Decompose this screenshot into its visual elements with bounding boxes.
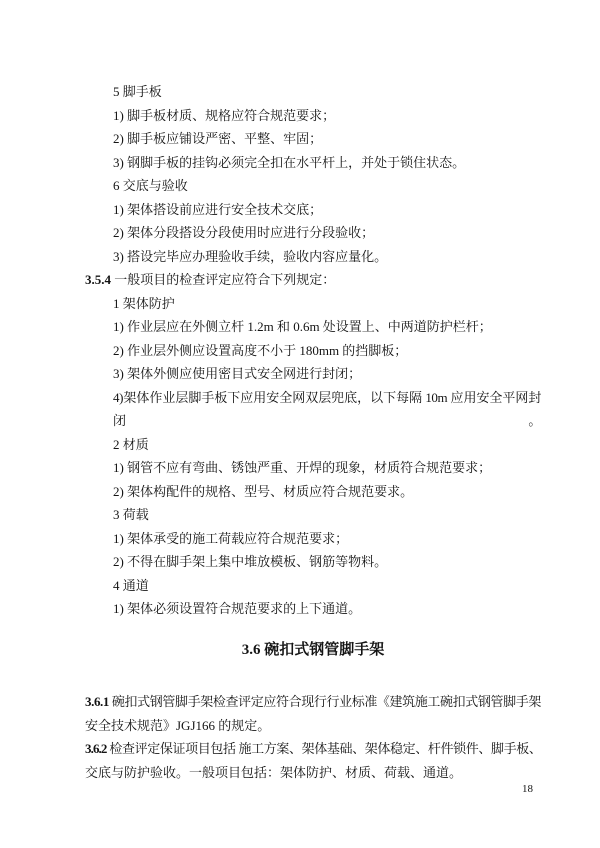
section-title: 3.6 碗扣式钢管脚手架 <box>85 639 541 663</box>
item-heading: 5 脚手板 <box>85 80 541 104</box>
clause-paragraph: 3.5.4 一般项目的检查评定应符合下列规定： <box>85 268 541 292</box>
list-item: 2) 不得在脚手架上集中堆放模板、钢筋等物料。 <box>85 550 541 574</box>
item-heading: 2 材质 <box>85 433 541 457</box>
item-heading: 3 荷载 <box>85 503 541 527</box>
clause-paragraph: 3.6.2 检查评定保证项目包括 施工方案、架体基础、架体稳定、杆件锁件、脚手板… <box>85 737 541 761</box>
item-heading: 1 架体防护 <box>85 292 541 316</box>
page-body: 5 脚手板 1) 脚手板材质、规格应符合规范要求； 2) 脚手板应铺设严密、平整… <box>85 80 541 784</box>
list-item: 2) 脚手板应铺设严密、平整、牢固； <box>85 127 541 151</box>
clause-paragraph-continuation: 交底与防护验收。一般项目包括：架体防护、材质、荷载、通道。 <box>85 761 541 785</box>
list-item: 1) 脚手板材质、规格应符合规范要求； <box>85 104 541 128</box>
list-item: 1) 架体搭设前应进行安全技术交底； <box>85 198 541 222</box>
list-item: 3) 搭设完毕应办理验收手续，验收内容应量化。 <box>85 245 541 269</box>
list-item: 1) 钢管不应有弯曲、锈蚀严重、开焊的现象，材质符合规范要求； <box>85 456 541 480</box>
clause-paragraph: 3.6.1 碗扣式钢管脚手架检查评定应符合现行行业标准《建筑施工碗扣式钢管脚手架 <box>85 690 541 714</box>
list-item: 2) 架体分段搭设分段使用时应进行分段验收； <box>85 221 541 245</box>
page-number: 18 <box>522 783 533 795</box>
clause-number: 3.6.2 <box>85 741 107 756</box>
list-item: 3) 钢脚手板的挂钩必须完全扣在水平杆上，并处于锁住状态。 <box>85 151 541 175</box>
clause-number: 3.5.4 <box>85 272 111 287</box>
list-item: 1) 架体承受的施工荷载应符合规范要求； <box>85 527 541 551</box>
document-page: 5 脚手板 1) 脚手板材质、规格应符合规范要求； 2) 脚手板应铺设严密、平整… <box>0 0 600 848</box>
list-item: 4)架体作业层脚手板下应用安全网双层兜底，以下每隔 10m 应用安全平网封闭。 <box>85 386 541 433</box>
list-item: 1) 架体必须设置符合规范要求的上下通道。 <box>85 597 541 621</box>
clause-text: 碗扣式钢管脚手架检查评定应符合现行行业标准《建筑施工碗扣式钢管脚手架 <box>112 694 541 709</box>
clause-number: 3.6.1 <box>85 694 109 709</box>
list-item: 1) 作业层应在外侧立杆 1.2m 和 0.6m 处设置上、中两道防护栏杆； <box>85 315 541 339</box>
item-heading: 6 交底与验收 <box>85 174 541 198</box>
clause-text: 检查评定保证项目包括 施工方案、架体基础、架体稳定、杆件锁件、脚手板、 <box>109 741 541 756</box>
item-heading: 4 通道 <box>85 574 541 598</box>
list-item: 2) 作业层外侧应设置高度不小于 180mm 的挡脚板； <box>85 339 541 363</box>
clause-paragraph-continuation: 安全技术规范》JGJ166 的规定。 <box>85 714 541 738</box>
clause-text: 一般项目的检查评定应符合下列规定： <box>114 272 335 287</box>
list-item: 2) 架体构配件的规格、型号、材质应符合规范要求。 <box>85 480 541 504</box>
list-item: 3) 架体外侧应使用密目式安全网进行封闭； <box>85 362 541 386</box>
